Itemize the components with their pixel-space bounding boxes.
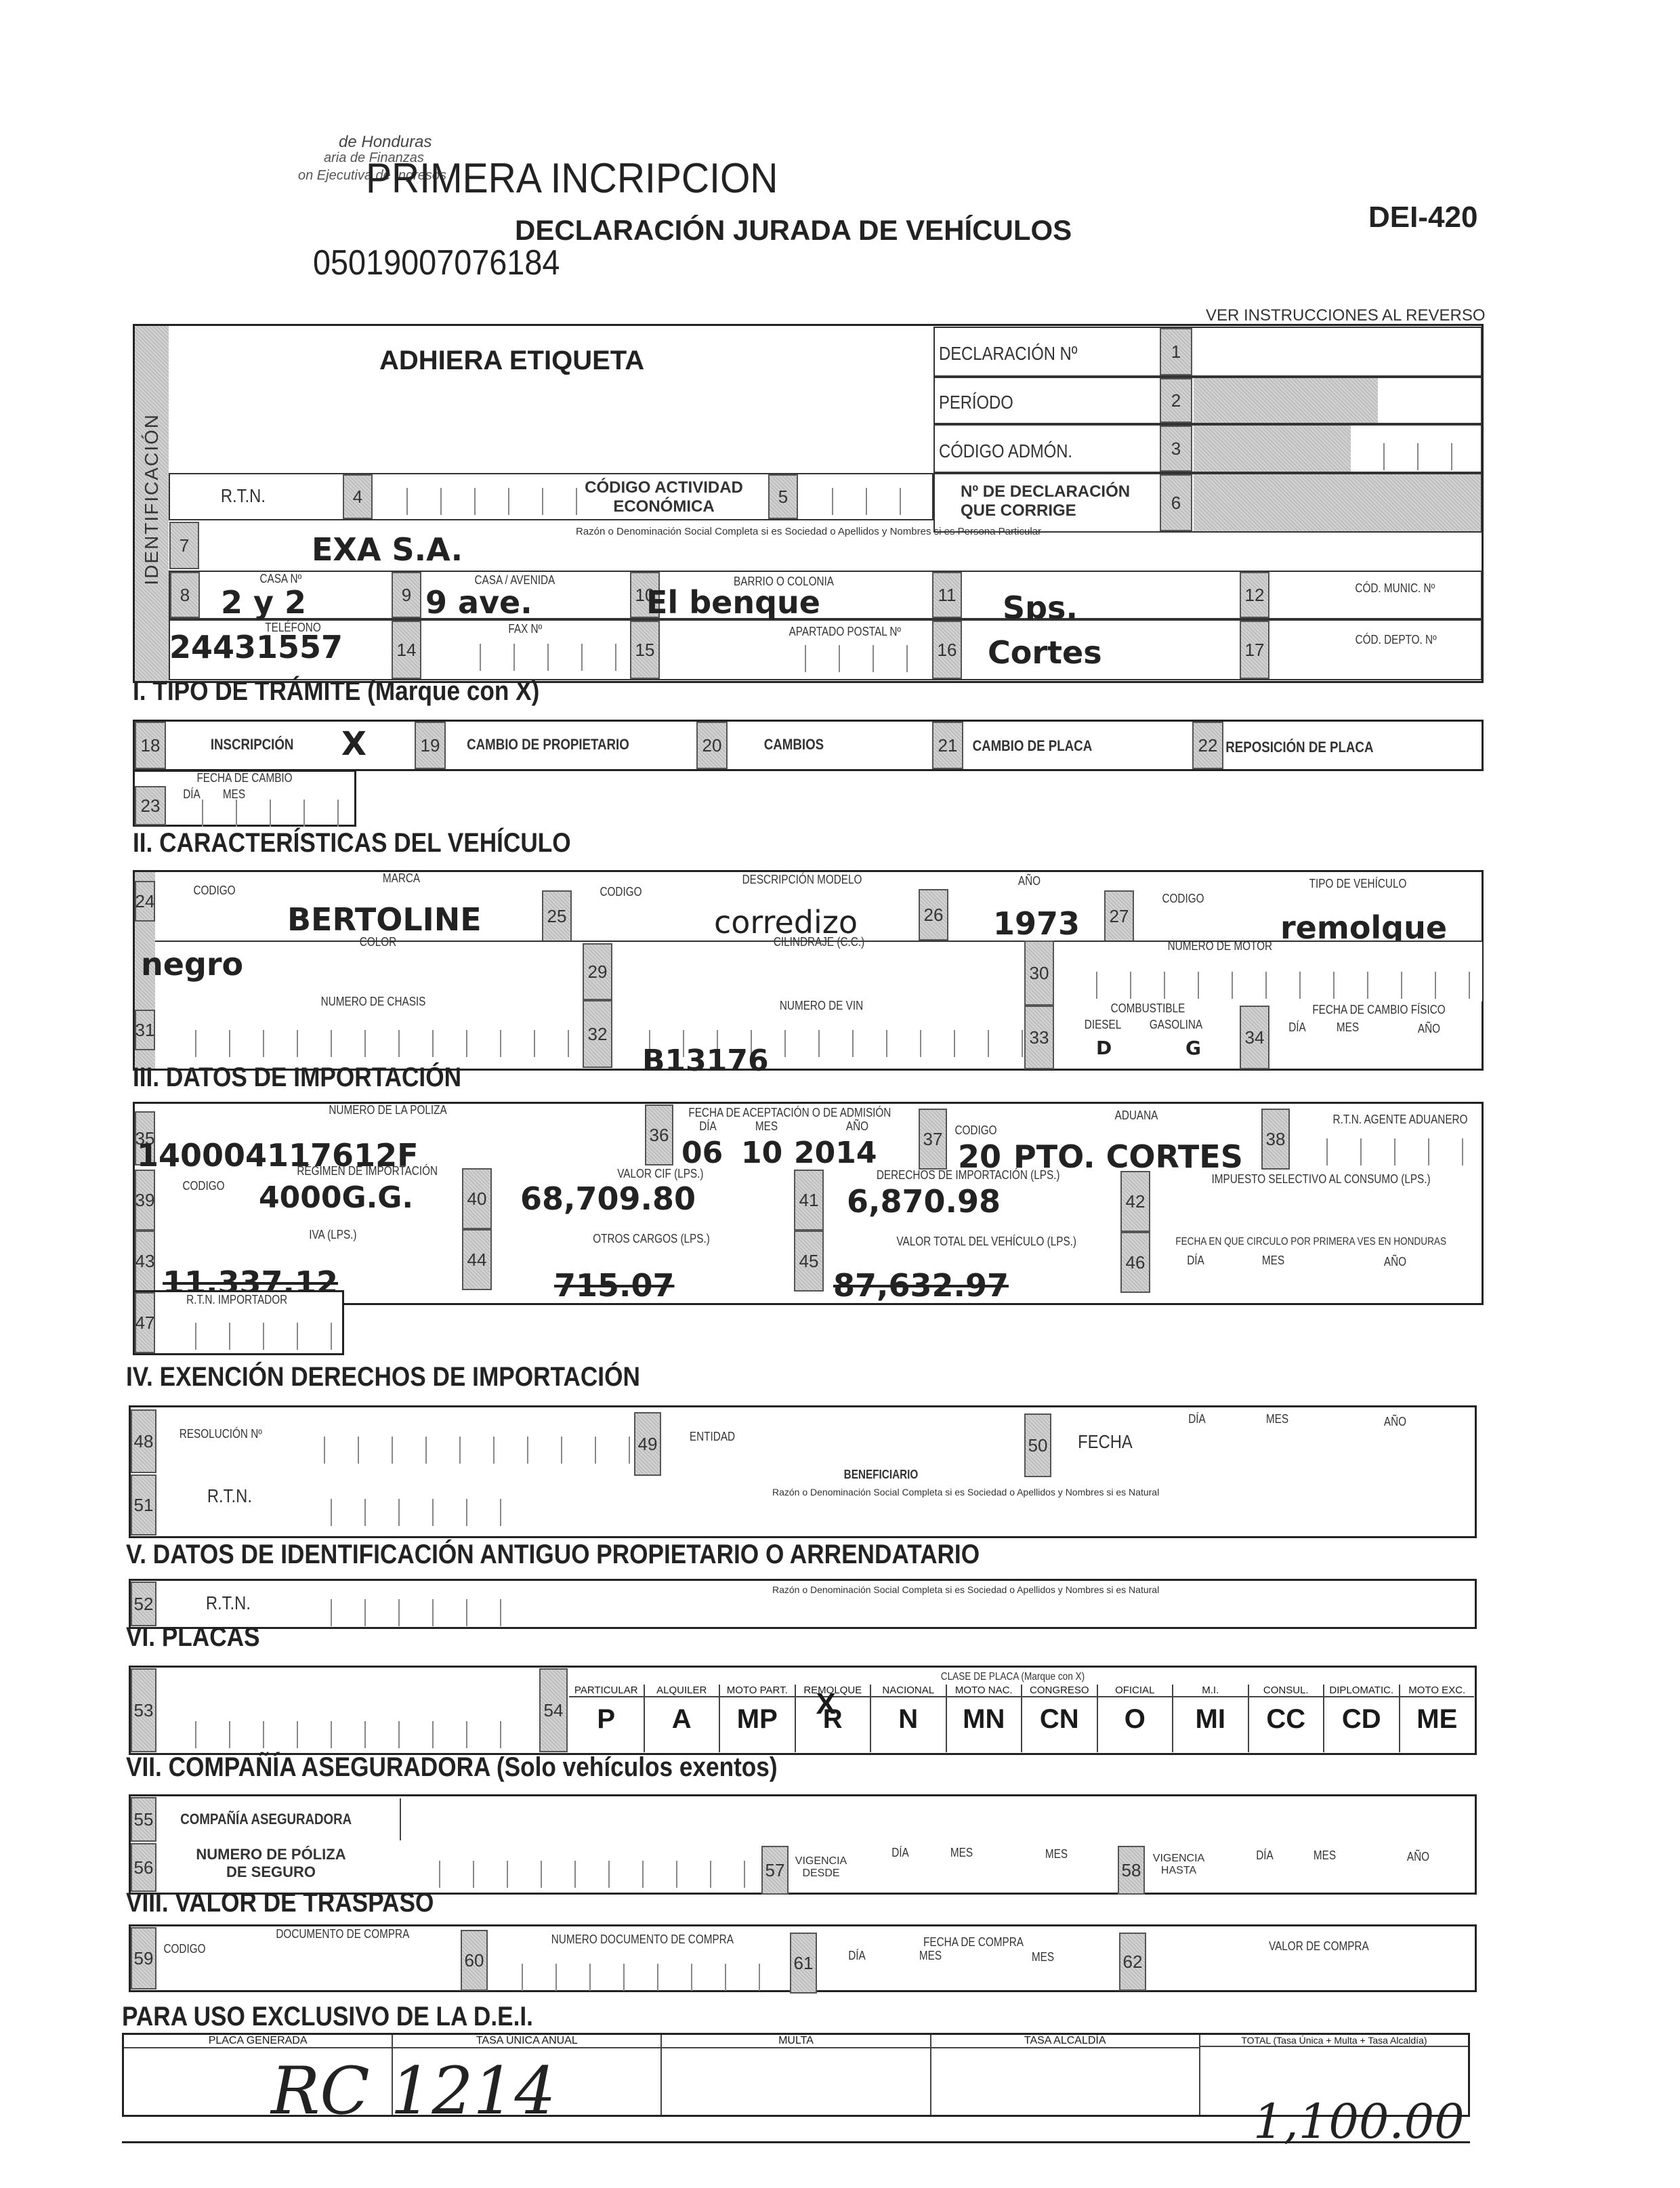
- codigo-admon-input[interactable]: [1194, 426, 1351, 472]
- field-num-6: 6: [1160, 474, 1192, 531]
- placa-class-label: MOTO EXC.: [1400, 1685, 1475, 1697]
- fecha-cambio-label: FECHA DE CAMBIO: [196, 771, 292, 785]
- chasis-input[interactable]: [163, 1030, 583, 1057]
- documento-compra-label: DOCUMENTO DE COMPRA: [276, 1927, 409, 1941]
- placa-class-moto-nac[interactable]: MOTO NAC. MN: [947, 1685, 1023, 1752]
- dei-col-header: TASA ÚNICA ANUAL: [393, 2035, 660, 2048]
- fecha-aceptacion-mes[interactable]: 10: [741, 1136, 782, 1170]
- field-num-49: 49: [634, 1412, 661, 1476]
- iva-label: IVA (LPS.): [309, 1228, 356, 1242]
- placa-class-moto-part[interactable]: MOTO PART. MP: [720, 1685, 796, 1752]
- field-num-32: 32: [583, 1000, 612, 1068]
- reference-number: 05019007076184: [313, 243, 560, 283]
- field-num-31: 31: [135, 1010, 155, 1050]
- field-num-33: 33: [1024, 1006, 1054, 1069]
- declaracion-corrige-input[interactable]: [1194, 474, 1481, 531]
- placa-class-code: MI: [1173, 1704, 1248, 1735]
- field-num-29: 29: [583, 943, 612, 1000]
- field-num-8: 8: [170, 572, 200, 618]
- placa-number-input[interactable]: [163, 1721, 528, 1748]
- placa-class-label: PARTICULAR: [569, 1685, 644, 1697]
- periodo-input[interactable]: [1194, 378, 1378, 423]
- fecha-aceptacion-mes-label: MES: [755, 1119, 778, 1134]
- exencion-rtn-input[interactable]: [298, 1499, 528, 1526]
- placa-class-mark: X: [816, 1687, 836, 1721]
- compania-input[interactable]: [400, 1798, 1475, 1840]
- tramite-option-inscripcion[interactable]: INSCRIPCIÓN: [211, 736, 294, 754]
- placa-class-label: MOTO NAC.: [947, 1685, 1022, 1697]
- field-num-1: 1: [1160, 328, 1192, 375]
- field-num-5: 5: [768, 474, 798, 519]
- rtn-importador-input[interactable]: [163, 1323, 339, 1350]
- form-title: DECLARACIÓN JURADA DE VEHÍCULOS: [515, 214, 1072, 247]
- field-num-53: 53: [131, 1668, 156, 1752]
- marca-value[interactable]: BERTOLINE: [287, 901, 482, 938]
- gasolina-code[interactable]: G: [1185, 1037, 1201, 1059]
- valor-compra-label: VALOR DE COMPRA: [1269, 1939, 1369, 1954]
- otros-value[interactable]: 715.07: [554, 1267, 675, 1304]
- field-num-22: 22: [1192, 722, 1223, 769]
- field-num-30: 30: [1024, 941, 1054, 1006]
- agente-label: R.T.N. AGENTE ADUANERO: [1333, 1113, 1468, 1127]
- exencion-fecha-anio: AÑO: [1384, 1415, 1406, 1429]
- dei-col-tasa-alcaldia: TASA ALCALDÍA: [931, 2035, 1200, 2115]
- tramite-option-cambios[interactable]: CAMBIOS: [764, 736, 824, 754]
- declaracion-corrige-label: Nº DE DECLARACIÓN QUE CORRIGE: [961, 482, 1137, 520]
- placa-class-code: P: [569, 1704, 644, 1735]
- field-num-42: 42: [1120, 1171, 1150, 1232]
- exencion-fecha-dia: DÍA: [1188, 1412, 1206, 1426]
- fecha-compra-label: FECHA DE COMPRA: [923, 1935, 1024, 1949]
- field-num-4: 4: [343, 474, 373, 519]
- exencion-fecha-mes: MES: [1266, 1412, 1288, 1426]
- vigencia-hasta-label: VIGENCIA HASTA: [1152, 1853, 1206, 1877]
- diesel-code[interactable]: D: [1096, 1037, 1112, 1059]
- entidad-label: ENTIDAD: [690, 1430, 735, 1444]
- sticker-label: ADHIERA ETIQUETA: [379, 346, 644, 376]
- tramite-option-cambio-placa[interactable]: CAMBIO DE PLACA: [973, 737, 1093, 755]
- instructions-note: VER INSTRUCCIONES AL REVERSO: [1206, 306, 1486, 325]
- fecha-compra-dia: DÍA: [848, 1949, 866, 1963]
- placa-class-label: DIPLOMATIC.: [1324, 1685, 1399, 1697]
- placa-class-particular[interactable]: PARTICULAR P: [569, 1685, 645, 1752]
- codigo-admon-ticks: [1351, 443, 1481, 470]
- placa-class-label: CONGRESO: [1022, 1685, 1097, 1697]
- section-title-aseguradora: VII. COMPAÑÍA ASEGURADORA (Solo vehículo…: [126, 1752, 778, 1783]
- field-num-60: 60: [461, 1930, 488, 1991]
- field-num-19: 19: [415, 722, 446, 769]
- motor-label: NUMERO DE MOTOR: [1168, 939, 1272, 953]
- field-num-41: 41: [794, 1170, 824, 1231]
- placa-class-code: MN: [947, 1704, 1022, 1735]
- regimen-value[interactable]: 4000G.G.: [259, 1180, 413, 1215]
- vigencia-desde-mes: MES: [950, 1846, 973, 1860]
- marca-label: MARCA: [383, 871, 420, 886]
- tramite-mark-inscripcion[interactable]: X: [341, 725, 366, 763]
- barrio-value[interactable]: El benque: [646, 584, 820, 621]
- field-num-18: 18: [135, 722, 166, 769]
- circulo-mes: MES: [1262, 1254, 1284, 1268]
- field-num-37: 37: [919, 1109, 947, 1170]
- placa-class-code: O: [1098, 1704, 1173, 1735]
- rtn-label: R.T.N.: [221, 485, 266, 507]
- tipo-codigo-label: CODIGO: [1162, 892, 1204, 906]
- placa-class-label: OFICIAL: [1098, 1685, 1173, 1697]
- placa-class-consul[interactable]: CONSUL. CC: [1249, 1685, 1325, 1752]
- field-num-51: 51: [131, 1474, 156, 1535]
- field-num-9: 9: [392, 572, 421, 618]
- field-num-36: 36: [645, 1105, 673, 1165]
- otros-label: OTROS CARGOS (LPS.): [593, 1232, 710, 1246]
- departamento-value[interactable]: Cortes: [988, 634, 1102, 671]
- field-num-16: 16: [932, 621, 962, 679]
- placa-class-oficial[interactable]: OFICIAL O: [1098, 1685, 1174, 1752]
- identificacion-label: IDENTIFICACIÓN: [141, 413, 163, 585]
- cambio-fisico-mes: MES: [1337, 1020, 1359, 1035]
- placa-class-label: MOTO PART.: [720, 1685, 795, 1697]
- poliza-label: NUMERO DE LA POLIZA: [329, 1103, 446, 1117]
- cambio-fisico-anio: AÑO: [1418, 1022, 1440, 1036]
- marca-codigo-label: CODIGO: [193, 884, 235, 898]
- cambio-fisico-dia: DÍA: [1288, 1020, 1306, 1035]
- placa-class-label: ALQUILER: [645, 1685, 719, 1697]
- fecha-aceptacion-anio[interactable]: 2014: [794, 1136, 877, 1170]
- cod-munic-label: CÓD. MUNIC. Nº: [1355, 581, 1435, 596]
- placa-class-code: CD: [1324, 1704, 1399, 1735]
- fecha-aceptacion-dia-label: DÍA: [699, 1119, 717, 1134]
- dei-col-header: TOTAL (Tasa Única + Multa + Tasa Alcaldí…: [1200, 2035, 1468, 2047]
- field-num-57: 57: [761, 1846, 789, 1895]
- field-num-47: 47: [135, 1292, 155, 1353]
- field-num-59: 59: [131, 1927, 156, 1989]
- placa-class-label: M.I.: [1173, 1685, 1248, 1697]
- codigo-admon-label: CÓDIGO ADMÓN.: [939, 440, 1072, 462]
- diesel-label: DIESEL: [1085, 1018, 1121, 1032]
- codigo-actividad-input[interactable]: [799, 488, 932, 515]
- field-num-25: 25: [542, 890, 572, 942]
- field-num-48: 48: [131, 1409, 156, 1473]
- total-value[interactable]: 87,632.97: [833, 1267, 1009, 1304]
- field-num-11: 11: [932, 572, 962, 618]
- placa-class-remolque[interactable]: REMOLQUE R X: [796, 1685, 872, 1752]
- field-num-3: 3: [1160, 426, 1192, 472]
- placa-class-label: CONSUL.: [1249, 1685, 1324, 1697]
- field-num-26: 26: [919, 889, 948, 941]
- tipo-label: TIPO DE VEHÍCULO: [1309, 877, 1407, 891]
- placa-class-code: CC: [1249, 1704, 1324, 1735]
- anio-value[interactable]: 1973: [993, 905, 1080, 942]
- placa-class-nacional[interactable]: NACIONAL N: [871, 1685, 947, 1752]
- color-value[interactable]: negro: [141, 946, 243, 983]
- regimen-codigo-label: CODIGO: [182, 1179, 224, 1193]
- chasis-label: NUMERO DE CHASIS: [321, 995, 426, 1009]
- placa-class-code: N: [871, 1704, 946, 1735]
- placa-class-label: NACIONAL: [871, 1685, 946, 1697]
- field-num-55: 55: [131, 1797, 156, 1842]
- field-num-43: 43: [135, 1231, 155, 1292]
- declaracion-no-label: DECLARACIÓN Nº: [939, 343, 1077, 365]
- derechos-label: DERECHOS DE IMPORTACIÓN (LPS.): [877, 1168, 1060, 1182]
- circulo-label: FECHA EN QUE CIRCULO POR PRIMERA VES EN …: [1175, 1236, 1446, 1248]
- field-num-17: 17: [1240, 621, 1269, 679]
- form-code: DEI-420: [1368, 201, 1477, 234]
- field-num-12: 12: [1240, 572, 1269, 618]
- fax-input[interactable]: [447, 644, 623, 671]
- fecha-aceptacion-dia[interactable]: 06: [681, 1136, 723, 1170]
- razon-social-value[interactable]: EXA S.A.: [312, 531, 463, 568]
- cod-depto-label: CÓD. DEPTO. Nº: [1356, 633, 1437, 647]
- antiguo-rtn-input[interactable]: [298, 1599, 528, 1626]
- section-title-antiguo: V. DATOS DE IDENTIFICACIÓN ANTIGUO PROPI…: [126, 1540, 980, 1570]
- field-num-61: 61: [790, 1933, 817, 1994]
- vigencia-hasta-anio: AÑO: [1407, 1850, 1429, 1864]
- anio-label: AÑO: [1018, 874, 1041, 888]
- derechos-value[interactable]: 6,870.98: [847, 1183, 1001, 1220]
- codigo-actividad-label: CÓDIGO ACTIVIDAD ECONÓMICA: [583, 478, 745, 516]
- fecha-compra-mes: MES: [919, 1949, 942, 1963]
- avenida-value[interactable]: 9 ave.: [425, 584, 532, 621]
- razon-social-hint: Razón o Denominación Social Completa si …: [576, 526, 1041, 537]
- agente-input[interactable]: [1294, 1138, 1477, 1165]
- placa-class-diplomatic[interactable]: DIPLOMATIC. CD: [1324, 1685, 1400, 1752]
- entidad-input[interactable]: [765, 1412, 1023, 1473]
- field-num-15: 15: [630, 621, 660, 679]
- fecha-aceptacion-label: FECHA DE ACEPTACIÓN O DE ADMISIÓN: [688, 1106, 891, 1120]
- field-num-23: 23: [135, 786, 166, 825]
- fecha-compra-anio: MES: [1032, 1950, 1054, 1964]
- resolucion-label: RESOLUCIÓN Nº: [180, 1427, 262, 1441]
- dei-col-header: MULTA: [662, 2035, 929, 2048]
- field-num-54: 54: [539, 1668, 568, 1752]
- placa-class-code: A: [645, 1704, 719, 1735]
- combustible-label: COMBUSTIBLE: [1111, 1002, 1185, 1016]
- rtn-input[interactable]: [374, 488, 577, 515]
- dei-col-header: PLACA GENERADA: [124, 2035, 392, 2048]
- placa-generada-handwritten: RC 1214: [271, 2053, 556, 2129]
- total-label: VALOR TOTAL DEL VEHÍCULO (LPS.): [896, 1235, 1076, 1249]
- seguro-poliza-input[interactable]: [406, 1861, 745, 1888]
- section-title-importacion: III. DATOS DE IMPORTACIÓN: [133, 1062, 461, 1093]
- field-num-56: 56: [131, 1843, 156, 1892]
- field-num-39: 39: [135, 1170, 155, 1231]
- section-title-exencion: IV. EXENCIÓN DERECHOS DE IMPORTACIÓN: [126, 1362, 640, 1392]
- placa-classes: PARTICULAR P ALQUILER A MOTO PART. MP RE…: [569, 1685, 1474, 1752]
- modelo-codigo-label: CODIGO: [600, 885, 642, 899]
- next-section-edge: [122, 2141, 1470, 2170]
- declaracion-no-input[interactable]: [1195, 329, 1479, 374]
- exencion-fecha-label: FECHA: [1078, 1431, 1133, 1453]
- section-title-dei: PARA USO EXCLUSIVO DE LA D.E.I.: [122, 2002, 533, 2032]
- periodo-label: PERÍODO: [939, 392, 1013, 413]
- field-num-44: 44: [462, 1229, 492, 1290]
- telefono-value[interactable]: 24431557: [169, 629, 343, 665]
- field-num-24: 24: [135, 881, 155, 922]
- field-num-7: 7: [169, 522, 199, 569]
- vigencia-hasta-dia: DÍA: [1256, 1849, 1274, 1863]
- field-num-40: 40: [462, 1168, 492, 1229]
- placa-class-congreso[interactable]: CONGRESO CN: [1022, 1685, 1098, 1752]
- antiguo-rtn-label: R.T.N.: [206, 1592, 251, 1614]
- vigencia-desde-label: VIGENCIA DESDE: [794, 1855, 848, 1880]
- field-num-58: 58: [1118, 1846, 1145, 1895]
- section-title-caracteristicas: II. CARACTERÍSTICAS DEL VEHÍCULO: [133, 828, 571, 859]
- field-num-52: 52: [131, 1582, 156, 1626]
- vin-label: NUMERO DE VIN: [780, 999, 863, 1013]
- apartado-label: APARTADO POSTAL Nº: [789, 625, 901, 639]
- documento-codigo-label: CODIGO: [163, 1942, 205, 1956]
- vigencia-desde-dia: DÍA: [891, 1846, 909, 1860]
- tramite-option-cambio-propietario[interactable]: CAMBIO DE PROPIETARIO: [467, 736, 629, 754]
- vigencia-desde-anio: MES: [1045, 1847, 1068, 1861]
- field-num-14: 14: [392, 621, 421, 679]
- field-num-34: 34: [1240, 1006, 1269, 1069]
- apartado-input[interactable]: [772, 645, 928, 672]
- field-num-38: 38: [1261, 1109, 1290, 1170]
- field-num-45: 45: [794, 1231, 824, 1292]
- cilindraje-label: CILINDRAJE (C.C.): [774, 935, 864, 949]
- field-num-21: 21: [932, 722, 963, 769]
- gasolina-label: GASOLINA: [1150, 1018, 1202, 1032]
- dei-col-multa: MULTA: [662, 2035, 931, 2115]
- field-num-20: 20: [696, 722, 728, 769]
- field-num-50: 50: [1024, 1413, 1051, 1477]
- modelo-label: DESCRIPCIÓN MODELO: [742, 873, 862, 887]
- placa-class-code: MP: [720, 1704, 795, 1735]
- section-title-tramite: I. TIPO DE TRÁMITE (Marque con X): [133, 676, 539, 707]
- section-title-traspaso: VIII. VALOR DE TRASPASO: [126, 1888, 434, 1918]
- numero-documento-input[interactable]: [489, 1964, 787, 1991]
- motor-input[interactable]: [1064, 972, 1477, 999]
- selectivo-label: IMPUESTO SELECTIVO AL CONSUMO (LPS.): [1212, 1172, 1431, 1186]
- placa-class-code: CN: [1022, 1704, 1097, 1735]
- valor-cif-label: VALOR CIF (LPS.): [617, 1167, 703, 1181]
- field-num-62: 62: [1119, 1933, 1146, 1991]
- aduana-codigo-label: CODIGO: [954, 1123, 996, 1138]
- valor-cif-value[interactable]: 68,709.80: [520, 1180, 696, 1217]
- placa-class-moto-exc[interactable]: MOTO EXC. ME: [1400, 1685, 1475, 1752]
- vigencia-hasta-mes: MES: [1314, 1849, 1336, 1863]
- exencion-rtn-label: R.T.N.: [207, 1485, 252, 1507]
- antiguo-hint: Razón o Denominación Social Completa si …: [772, 1584, 1159, 1595]
- circulo-dia: DÍA: [1187, 1254, 1204, 1268]
- agency-line-1: de Honduras: [339, 133, 432, 152]
- cambio-fisico-label: FECHA DE CAMBIO FÍSICO: [1312, 1003, 1445, 1017]
- dei-col-header: TASA ALCALDÍA: [931, 2035, 1199, 2048]
- circulo-anio: AÑO: [1384, 1255, 1406, 1269]
- beneficiario-hint: Razón o Denominación Social Completa si …: [772, 1487, 1159, 1498]
- field-num-46: 46: [1120, 1232, 1150, 1293]
- compania-label: COMPAÑÍA ASEGURADORA: [180, 1811, 352, 1828]
- color-label: COLOR: [360, 935, 396, 949]
- beneficiario-label: BENEFICIARIO: [844, 1468, 919, 1482]
- numero-documento-label: NUMERO DOCUMENTO DE COMPRA: [551, 1933, 734, 1947]
- placa-class-mi[interactable]: M.I. MI: [1173, 1685, 1249, 1752]
- aduana-label: ADUANA: [1115, 1109, 1158, 1123]
- placa-class-code: ME: [1400, 1704, 1475, 1735]
- casa-value[interactable]: 2 y 2: [221, 584, 306, 621]
- field-num-27: 27: [1104, 890, 1134, 942]
- vin-value[interactable]: B13176: [642, 1044, 769, 1078]
- rtn-importador-label: R.T.N. IMPORTADOR: [186, 1293, 287, 1307]
- field-num-2: 2: [1160, 378, 1192, 423]
- section-title-placas: VI. PLACAS: [126, 1622, 260, 1653]
- clase-placa-label: CLASE DE PLACA (Marque con X): [941, 1671, 1085, 1683]
- fecha-cambio-input[interactable]: [169, 800, 352, 827]
- fecha-aceptacion-anio-label: AÑO: [846, 1119, 868, 1134]
- regimen-label: RÉGIMEN DE IMPORTACIÓN: [297, 1164, 438, 1178]
- stamp-title: PRIMERA INCRIPCION: [366, 154, 778, 203]
- resolucion-input[interactable]: [291, 1437, 630, 1464]
- fax-label: FAX Nº: [508, 622, 542, 636]
- tramite-option-reposicion[interactable]: REPOSICIÓN DE PLACA: [1225, 739, 1373, 756]
- seguro-poliza-label: NUMERO DE PÓLIZA DE SEGURO: [190, 1846, 352, 1881]
- placa-class-alquiler[interactable]: ALQUILER A: [645, 1685, 721, 1752]
- valor-compra-input[interactable]: [1148, 1958, 1473, 1989]
